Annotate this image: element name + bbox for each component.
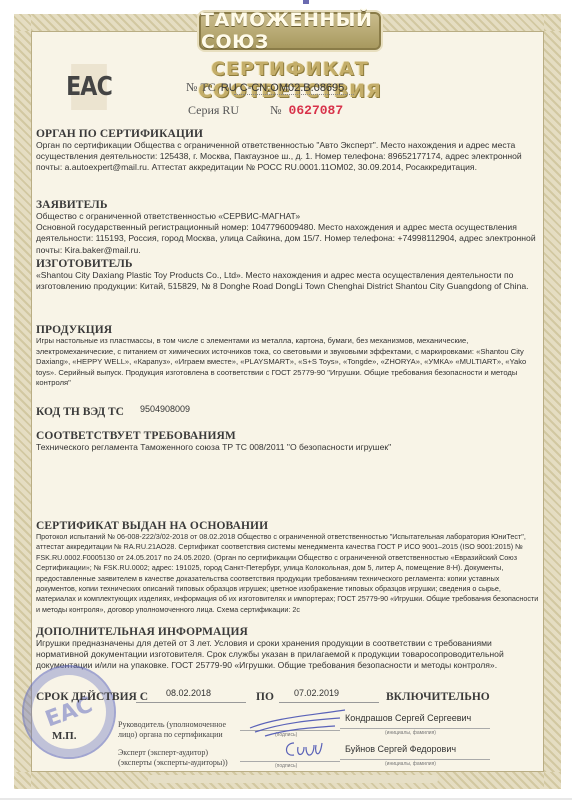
section-heading: ИЗГОТОВИТЕЛЬ xyxy=(36,258,541,270)
expert-name: Буйнов Сергей Федорович xyxy=(345,744,456,754)
section-text: Технического регламента Таможенного союз… xyxy=(36,442,541,453)
head-signature-icon xyxy=(245,708,355,740)
tc-number-underline xyxy=(234,94,354,95)
certification-stamp-icon: ЕАС xyxy=(22,665,116,759)
validity-inclusive-label: ВКЛЮЧИТЕЛЬНО xyxy=(386,691,490,703)
expert-signature-line xyxy=(240,761,340,762)
validity-to-label: ПО xyxy=(256,691,274,703)
section-heading: ЗАЯВИТЕЛЬ xyxy=(36,199,541,211)
form-number-label: № xyxy=(270,103,281,117)
signature-hint: (подпись) xyxy=(275,763,297,769)
expert-label-line-2: (эксперты (эксперты-аудиторы)) xyxy=(118,758,228,768)
section-basis: СЕРТИФИКАТ ВЫДАН НА ОСНОВАНИИ Протокол и… xyxy=(36,520,541,615)
section-products: ПРОДУКЦИЯ Игры настольные из пластмассы,… xyxy=(36,324,541,389)
section-text: Игрушки предназначены для детей от 3 лет… xyxy=(36,638,541,672)
series-row: Серия RU № 0627087 xyxy=(188,103,343,118)
head-label-line-2: лицо) органа по сертификации xyxy=(118,730,226,740)
customs-union-banner: ТАМОЖЕННЫЙ СОЮЗ xyxy=(199,12,381,50)
scan-mark xyxy=(303,0,309,4)
from-date-line xyxy=(136,702,246,703)
form-number-value: 0627087 xyxy=(289,103,344,118)
section-text: Орган по сертификации Общества с огранич… xyxy=(36,140,541,174)
section-manufacturer: ИЗГОТОВИТЕЛЬ «Shantou City Daxiang Plast… xyxy=(36,258,541,292)
validity-row: СРОК ДЕЙСТВИЯ С 08.02.2018 ПО 07.02.2019… xyxy=(36,688,541,706)
expert-signature-icon xyxy=(280,737,330,763)
head-name-line xyxy=(340,728,490,729)
section-heading: ОРГАН ПО СЕРТИФИКАЦИИ xyxy=(36,128,541,140)
validity-to-date: 07.02.2019 xyxy=(294,688,339,698)
section-certification-body: ОРГАН ПО СЕРТИФИКАЦИИ Орган по сертифика… xyxy=(36,128,541,174)
section-heading: СЕРТИФИКАТ ВЫДАН НА ОСНОВАНИИ xyxy=(36,520,541,532)
applicant-name: Общество с ограниченной ответственностью… xyxy=(36,211,541,222)
section-heading: ДОПОЛНИТЕЛЬНАЯ ИНФОРМАЦИЯ xyxy=(36,626,541,638)
head-name: Кондрашов Сергей Сергеевич xyxy=(345,713,471,723)
expert-name-line xyxy=(340,759,490,760)
series-label: Серия RU xyxy=(188,103,239,117)
section-heading: СООТВЕТСТВУЕТ ТРЕБОВАНИЯМ xyxy=(36,430,541,442)
to-date-line xyxy=(279,702,379,703)
head-label-line-1: Руководитель (уполномоченное xyxy=(118,720,226,730)
section-additional-info: ДОПОЛНИТЕЛЬНАЯ ИНФОРМАЦИЯ Игрушки предна… xyxy=(36,626,541,672)
footer-microtext xyxy=(148,775,438,783)
validity-from-label: СРОК ДЕЙСТВИЯ С xyxy=(36,691,148,703)
tc-number-label: № ТС xyxy=(186,80,216,94)
section-text: Основной государственный регистрационный… xyxy=(36,222,541,256)
section-conforms: СООТВЕТСТВУЕТ ТРЕБОВАНИЯМ Технического р… xyxy=(36,430,541,453)
section-applicant: ЗАЯВИТЕЛЬ Общество с ограниченной ответс… xyxy=(36,199,541,256)
section-text: «Shantou City Daxiang Plastic Toy Produc… xyxy=(36,270,541,292)
section-heading: ПРОДУКЦИЯ xyxy=(36,324,541,336)
tn-ved-label: КОД ТН ВЭД ТС xyxy=(36,406,124,418)
tn-ved-value: 9504908009 xyxy=(140,404,190,414)
expert-label: Эксперт (эксперт-аудитор) (эксперты (экс… xyxy=(118,748,228,768)
name-hint: (инициалы, фамилия) xyxy=(385,730,436,736)
validity-from-date: 08.02.2018 xyxy=(166,688,211,698)
section-text: Протокол испытаний № 06-008-222/3/02-201… xyxy=(36,532,541,615)
expert-label-line-1: Эксперт (эксперт-аудитор) xyxy=(118,748,228,758)
tc-number-value: RU C-CN.OM02.B.08695 xyxy=(221,82,345,94)
section-text: Игры настольные из пластмассы, в том чис… xyxy=(36,336,541,389)
stamp-place-label: М.П. xyxy=(52,730,76,742)
eac-logo-icon: ЕАС xyxy=(71,64,107,110)
tc-number-row: № ТС RU C-CN.OM02.B.08695 xyxy=(186,80,344,95)
head-label: Руководитель (уполномоченное лицо) орган… xyxy=(118,720,226,740)
name-hint: (инициалы, фамилия) xyxy=(385,761,436,767)
